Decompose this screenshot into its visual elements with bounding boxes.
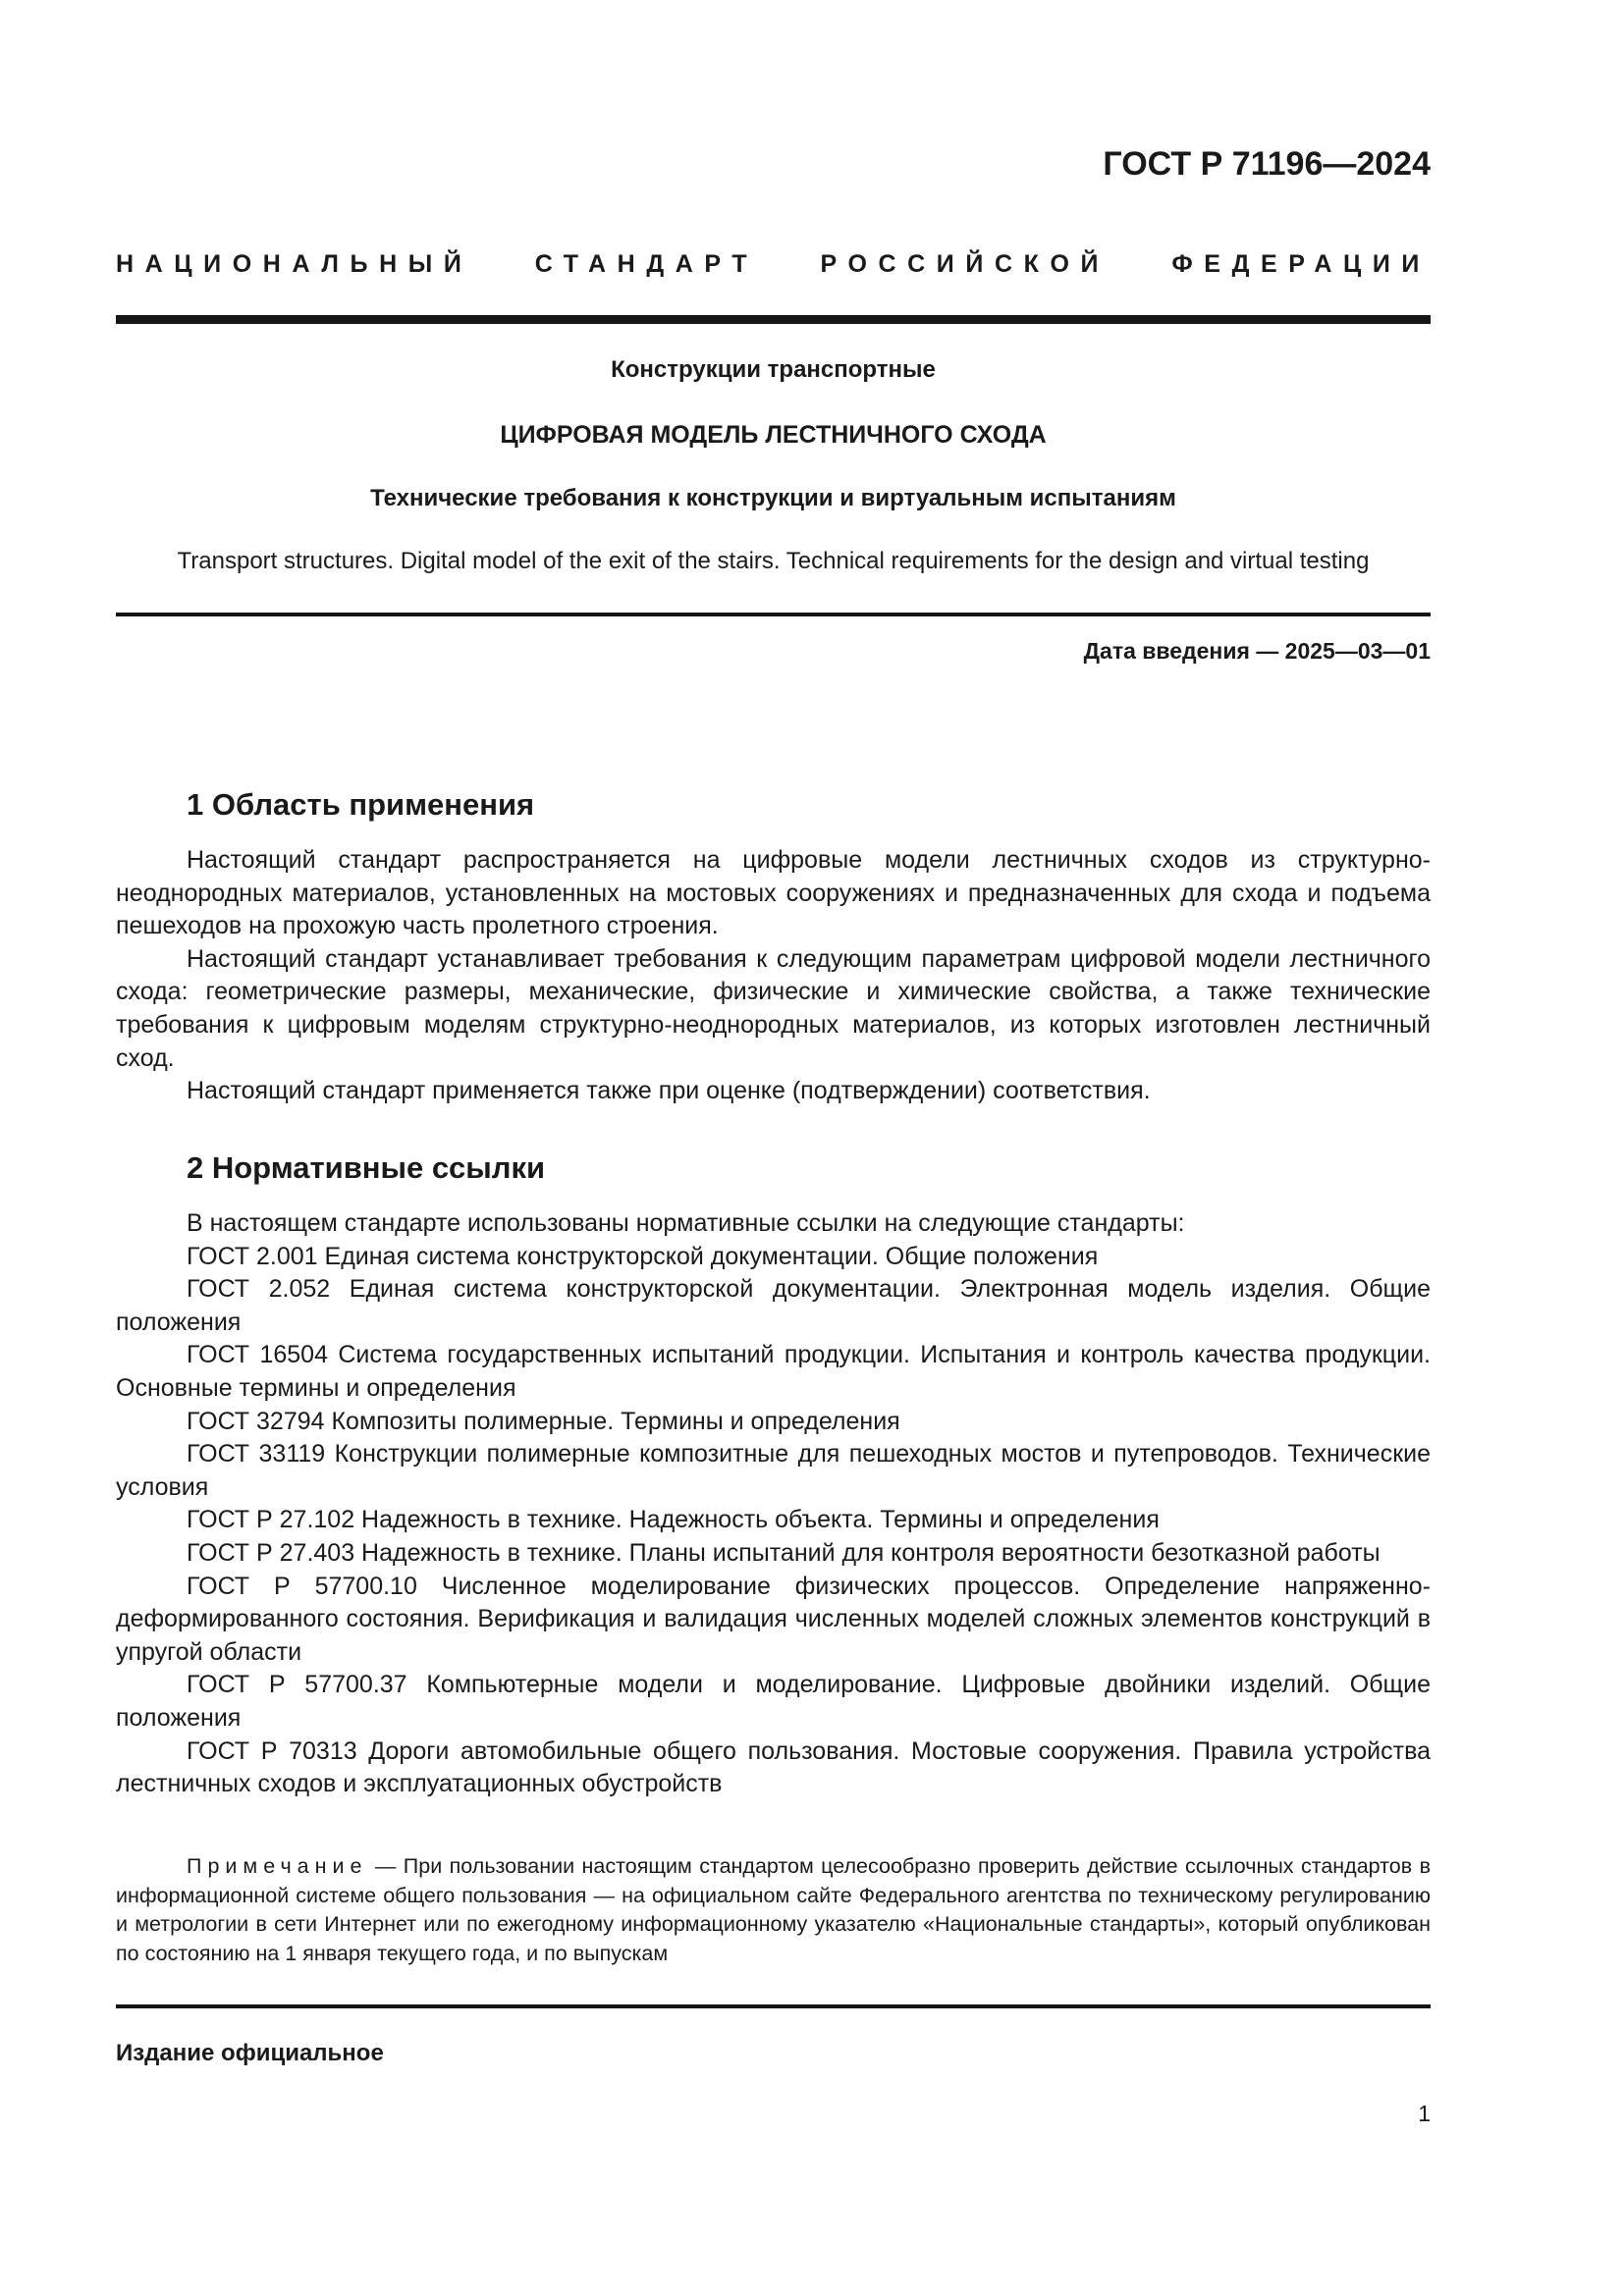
national-standard-banner: НАЦИОНАЛЬНЫЙ СТАНДАРТ РОССИЙСКОЙ ФЕДЕРАЦ… bbox=[116, 250, 1431, 279]
introduction-date: Дата введения — 2025—03—01 bbox=[1084, 638, 1431, 665]
reference-item: ГОСТ Р 57700.37 Компьютерные модели и мо… bbox=[116, 1669, 1431, 1735]
reference-item: ГОСТ 16504 Система государственных испыт… bbox=[116, 1339, 1431, 1405]
document-title-english: Transport structures. Digital model of t… bbox=[116, 548, 1431, 575]
official-edition-label: Издание официальное bbox=[116, 2040, 384, 2067]
scope-paragraph: Настоящий стандарт применяется также при… bbox=[116, 1075, 1431, 1108]
title-divider bbox=[116, 613, 1431, 616]
reference-item: ГОСТ Р 27.403 Надежность в технике. План… bbox=[116, 1537, 1431, 1571]
note-paragraph: Примечание — При пользовании настоящим с… bbox=[116, 1852, 1431, 1968]
footer-divider bbox=[116, 2004, 1431, 2008]
scope-paragraph: Настоящий стандарт распространяется на ц… bbox=[116, 844, 1431, 943]
reference-item: ГОСТ 33119 Конструкции полимерные композ… bbox=[116, 1438, 1431, 1504]
section-heading-normative-references: 2 Нормативные ссылки bbox=[187, 1150, 545, 1186]
note-label: Примечание bbox=[187, 1854, 367, 1878]
thick-divider bbox=[116, 315, 1431, 324]
page-number: 1 bbox=[1418, 2101, 1431, 2127]
section-heading-scope: 1 Область применения bbox=[187, 787, 534, 823]
section-scope-body: Настоящий стандарт распространяется на ц… bbox=[116, 844, 1431, 1108]
reference-item: ГОСТ Р 70313 Дороги автомобильные общего… bbox=[116, 1735, 1431, 1801]
section-references-body: В настоящем стандарте использованы норма… bbox=[116, 1207, 1431, 1801]
document-title: ЦИФРОВАЯ МОДЕЛЬ ЛЕСТНИЧНОГО СХОДА bbox=[116, 421, 1431, 450]
references-note: Примечание — При пользовании настоящим с… bbox=[116, 1852, 1431, 1968]
reference-item: ГОСТ Р 57700.10 Численное моделирование … bbox=[116, 1571, 1431, 1670]
reference-item: ГОСТ 2.052 Единая система конструкторско… bbox=[116, 1273, 1431, 1339]
document-subtitle: Технические требования к конструкции и в… bbox=[116, 485, 1431, 512]
reference-item: ГОСТ Р 27.102 Надежность в технике. Наде… bbox=[116, 1504, 1431, 1537]
reference-item: ГОСТ 32794 Композиты полимерные. Термины… bbox=[116, 1406, 1431, 1439]
document-category: Конструкции транспортные bbox=[116, 356, 1431, 384]
reference-item: ГОСТ 2.001 Единая система конструкторско… bbox=[116, 1241, 1431, 1274]
scope-paragraph: Настоящий стандарт устанавливает требова… bbox=[116, 943, 1431, 1075]
document-number: ГОСТ Р 71196—2024 bbox=[1103, 145, 1431, 184]
references-intro: В настоящем стандарте использованы норма… bbox=[116, 1207, 1431, 1241]
